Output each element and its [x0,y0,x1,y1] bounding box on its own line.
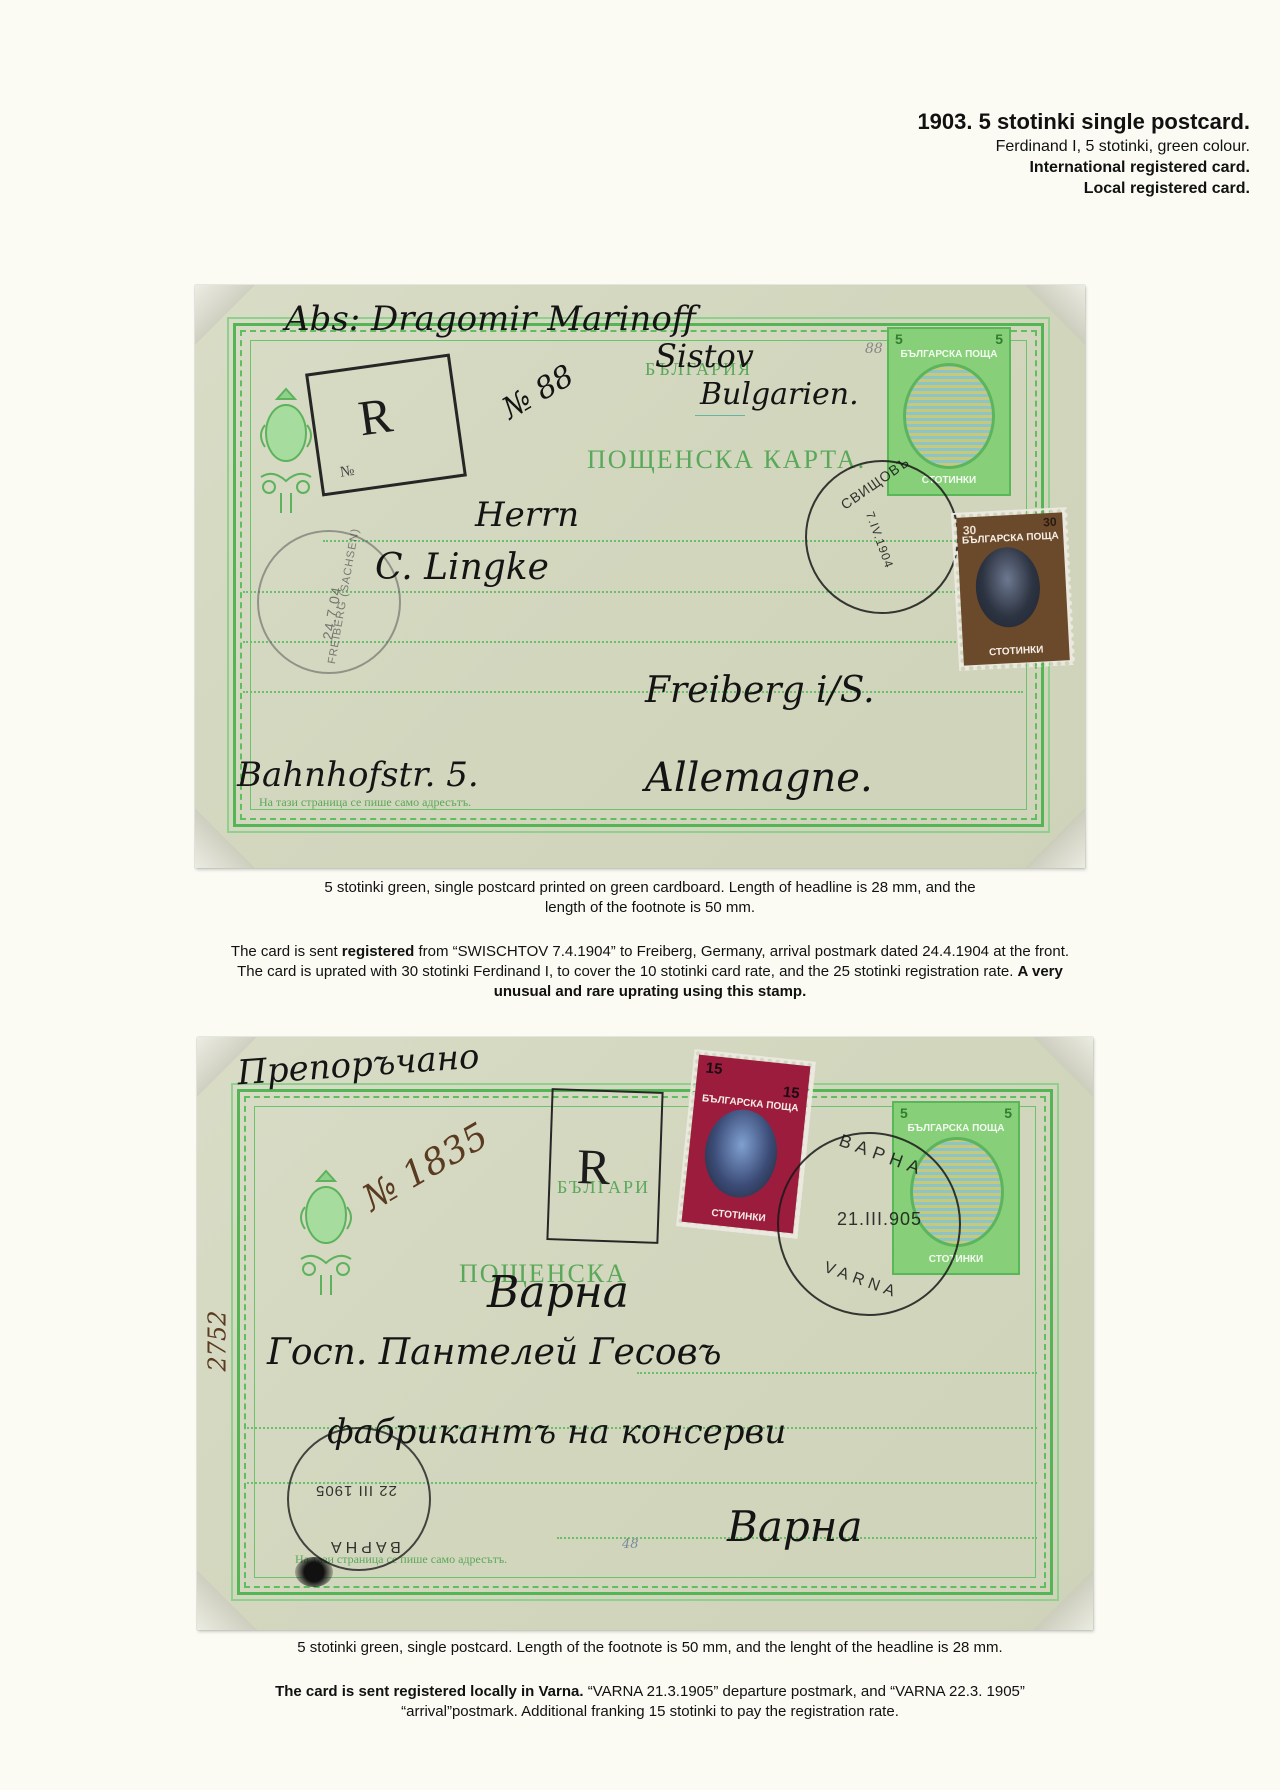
subtitle-local: Local registered card. [917,178,1250,199]
registration-label: R № [305,353,467,496]
postmark-varna-arrival-date: 22 III 1905 [315,1482,397,1499]
photo-corner [1033,1037,1093,1097]
handwritten-sender: Abs: Dragomir Marinoff [285,299,696,339]
page-header: 1903. 5 stotinki single postcard. Ferdin… [917,108,1250,199]
coat-of-arms-icon [295,1167,357,1307]
handwritten-dest-country: Allemagne. [645,755,873,801]
handwritten-town: Freiberg i/S. [645,670,875,711]
handwritten-note-top: Препоръчано [236,1037,481,1093]
postcard-local: БЪЛГАРИ ПОЩЕНСКА На тази страница се пиш… [197,1037,1093,1630]
handwritten-addressee-title: Herrn [475,495,579,535]
registration-label: R [546,1088,663,1244]
card1-description: 5 stotinki green, single postcard printe… [200,878,1100,918]
pencil-note: 88 [865,341,883,357]
card2-description: 5 stotinki green, single postcard. Lengt… [200,1638,1100,1658]
handwritten-town: Варна [727,1502,863,1551]
ink-blot [295,1557,333,1587]
card1-story: The card is sent registered from “SWISCH… [200,942,1100,1002]
card2-story: The card is sent registered locally in V… [200,1682,1100,1722]
pencil-note: 48 [622,1537,639,1552]
handwritten-addressee: C. Lingke [375,547,549,588]
printed-footnote: На тази страница се пише само адресътъ. [259,795,471,810]
handwritten-city: Варна [487,1267,629,1318]
coat-of-arms-icon [255,385,317,525]
handwritten-city: Sistov [655,337,754,375]
postmark-varna-arrival-text: ВАРНА [327,1537,401,1555]
postmark-varna-date: 21.III.905 [837,1209,922,1230]
handwritten-country: Bulgarien. [700,377,859,412]
headline-rule [695,415,745,416]
subtitle-international: International registered card. [917,157,1250,178]
portrait-oval [701,1106,782,1201]
printed-title: ПОЩЕНСКА КАРТА. [587,445,866,475]
subtitle-ferdinand: Ferdinand I, 5 stotinki, green colour. [917,136,1250,157]
page-title: 1903. 5 stotinki single postcard. [917,108,1250,136]
portrait-oval [974,546,1042,629]
stamp-30-stotinki: 30 30 БЪЛГАРСКА ПОЩА СТОТИНКИ [951,507,1075,671]
handwritten-occupation: фабрикантъ на консерви [327,1412,786,1452]
handwritten-addressee: Госп. Пантелей Гесовъ [267,1332,722,1373]
postcard-international: БЪЛГАРИЯ ПОЩЕНСКА КАРТА. На тази страниц… [195,285,1085,868]
address-line [243,691,1023,693]
portrait-oval [903,363,995,469]
handwritten-side-note: 2752 [204,1310,232,1371]
handwritten-street: Bahnhofstr. 5. [237,755,479,795]
